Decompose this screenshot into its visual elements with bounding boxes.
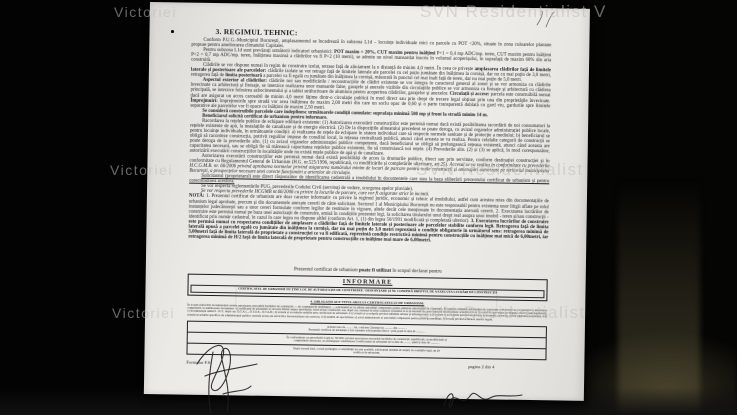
pencil-mark <box>532 8 558 32</box>
body-paragraphs: Conform P.U.G.-Municipiul București, amp… <box>188 38 551 246</box>
paragraph: Racordarea la rețelele publice de echipa… <box>190 118 551 159</box>
signature-scribble <box>183 334 295 415</box>
text-run: Prezentul certificat de urbanism <box>294 267 359 273</box>
ink-dot <box>171 30 174 33</box>
page-number-label: pagina 2 din 4 <box>468 364 494 369</box>
photo-background: 3. REGIMUL TEHNIC: Conform P.U.G.-Munici… <box>0 0 737 415</box>
text-run: 3. Executarea lucrărilor de construire e… <box>188 219 548 244</box>
text-run: în scopul declarat pentru <box>391 269 442 275</box>
signature-scribble-2 <box>438 384 530 414</box>
bleed-through-box <box>235 285 497 311</box>
text-run: poate fi utilizat <box>359 268 391 274</box>
text-run: Racordarea la rețelele publice de echipa… <box>190 119 551 157</box>
paragraph: NOTĂ: 1. Prezentul certificat de urbanis… <box>188 194 549 245</box>
